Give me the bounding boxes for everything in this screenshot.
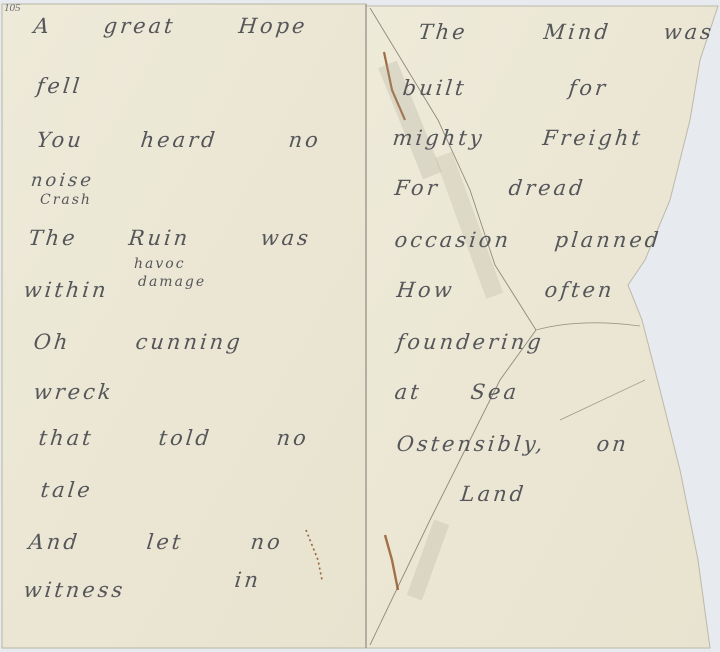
word: for <box>567 76 609 100</box>
word: And <box>27 530 81 554</box>
word: no <box>287 128 322 152</box>
page-number: 105 <box>4 2 21 14</box>
word: occasion <box>393 228 512 252</box>
word: The <box>417 20 468 44</box>
word: heard <box>139 128 218 152</box>
word: Ostensibly, <box>395 432 546 456</box>
word: fell <box>35 74 83 98</box>
word: on <box>595 432 630 456</box>
word: told <box>157 426 213 450</box>
word: wreck <box>32 380 114 404</box>
word: planned <box>553 228 662 252</box>
alternate-word: Crash <box>40 192 92 208</box>
word: Freight <box>541 126 644 150</box>
word: within <box>22 278 109 302</box>
word: was <box>259 226 312 250</box>
word: mighty <box>391 126 485 150</box>
word: noise <box>30 170 95 191</box>
word: Oh <box>32 330 71 354</box>
word: was <box>662 20 715 44</box>
alternate-word: damage <box>138 274 206 290</box>
word: You <box>35 128 85 152</box>
word: dread <box>507 176 586 200</box>
word: A <box>32 14 53 38</box>
word: Land <box>459 482 527 506</box>
word: Ruin <box>127 226 191 250</box>
word: witness <box>22 578 126 602</box>
word: often <box>543 278 615 302</box>
word: Mind <box>542 20 612 44</box>
word: For <box>393 176 441 200</box>
word: Hope <box>237 14 308 38</box>
word: great <box>102 14 176 38</box>
word: in <box>234 568 263 592</box>
word: Sea <box>469 380 520 404</box>
manuscript-sheet: 105 A great Hope fell You heard no noise… <box>0 0 720 652</box>
word: no <box>275 426 310 450</box>
paper-shape <box>0 0 720 652</box>
word: The <box>27 226 78 250</box>
word: at <box>393 380 422 404</box>
word: let <box>145 530 184 554</box>
word: built <box>401 76 467 100</box>
alternate-word: havoc <box>134 256 186 272</box>
word: that <box>37 426 94 450</box>
word: cunning <box>134 330 244 354</box>
word: foundering <box>395 330 545 354</box>
word: tale <box>39 478 94 502</box>
word: no <box>249 530 284 554</box>
word: How <box>395 278 455 302</box>
